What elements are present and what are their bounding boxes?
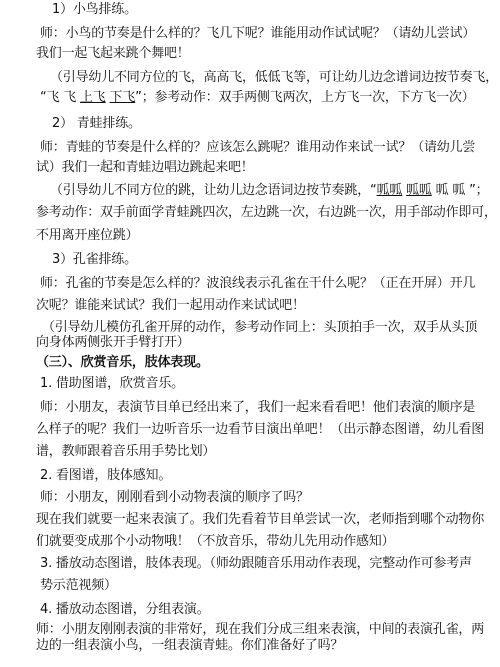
peacock-rehearsal-heading: 3）孔雀排练。 [52,252,137,268]
paragraph-line: （引导幼儿不同方位的飞，高高飞，低低飞等，可让幼儿边念谱词边按节奏飞， [50,70,498,86]
step-heading: 2. 看图谱，肢体感知。 [40,468,171,484]
chant-up-fly: 上飞 [80,90,106,105]
paragraph-line: 师：小鸟的节奏是什么样的？飞几下呢？谁能用动作试试呢？（请幼儿尝试） [40,26,475,42]
paragraph-line: 向身体两侧张开手臂打开） [36,335,190,351]
paragraph-line: 我们一起飞起来跳个舞吧！ [36,46,190,62]
step-heading: 1. 借助图谱，欣赏音乐。 [40,376,184,392]
paragraph-line: 谱，教师跟着音乐用手势比划） [36,444,215,460]
step-heading: 3. 播放动态图谱，肢体表现。（师幼跟随音乐用动作表现，完整动作可参考声 [40,556,472,572]
paragraph-line: 不用离开座位跳） [36,228,138,244]
paragraph-line: 师：青蛙的节奏是什么样的？应该怎么跳呢？谁用动作来试一试？（请幼儿尝 [40,140,475,156]
chant-gua-1: 呱呱 [377,183,403,198]
paragraph-line: （引导幼儿不同方位的跳，让幼儿边念语词边按节奏跳， [50,183,370,198]
paragraph-line: （引导幼儿模仿孔雀开屏的动作，参考动作同上：头顶拍手一次，双手从头顶 [42,320,477,336]
step-heading: 4. 播放动态图谱，分组表演。 [40,602,210,618]
bird-rehearsal-heading: 1）小鸟排练。 [52,2,137,18]
frog-rehearsal-heading: 2） 青蛙排练。 [52,116,141,132]
paragraph-line: 次呢？谁能来试试？我们一起用动作来试试吧！ [36,298,305,314]
chant-open: “飞 飞 [40,90,80,105]
chant-down-fly: 下飞 [110,90,136,105]
paragraph-line: 现在我们就要一起来表演了。我们先看着节目单尝试一次，老师指到哪个动物你 [36,512,484,528]
paragraph-line: ；参考动作：双手两侧飞两次，上方飞一次，下方飞一次） [142,90,475,105]
paragraph-line: 师：小朋友，刚刚看到小动物表演的顺序了吗？ [40,490,309,506]
paragraph-line: 么样子的呢？我们一边听音乐一边看节目演出单吧！（出示静态图谱，幼儿看图 [36,422,484,438]
paragraph-line: 试）我们一起和青蛙边唱边跳起来吧！ [36,160,254,176]
section-heading: （三）、欣赏音乐，肢体表现。 [36,355,209,371]
paragraph-line: 师：孔雀的节奏是怎么样的？波浪线表示孔雀在干什么呢？（正在开屏）开几 [40,276,475,292]
frog-chant-line: （引导幼儿不同方位的跳，让幼儿边念语词边按节奏跳，“呱呱 呱呱 呱 呱 ”； [50,183,488,199]
paragraph-line: 师：小朋友刚刚表演的非常好，现在我们分成三组来表演，中间的表演孔雀，两 [36,622,484,638]
paragraph-line: 边的一组表演小鸟，一组表演青蛙。你们准备好了吗？ [36,638,343,654]
paragraph-line: 参考动作：双手前面学青蛙跳四次，左边跳一次，右边跳一次，用手部动作即可， [36,205,497,221]
paragraph-line: 势示范视频） [40,578,117,594]
bird-chant: “飞 飞 上飞 下飞”；参考动作：双手两侧飞两次，上方飞一次，下方飞一次） [40,90,475,106]
chant-gua-2: 呱呱 [406,183,432,198]
paragraph-line: 师：小朋友，表演节目单已经出来了，我们一起来看看吧！他们表演的顺序是 [40,400,475,416]
paragraph-line: 们就要变成那个小动物哦！（不放音乐，带幼儿先用动作感知） [36,534,394,550]
